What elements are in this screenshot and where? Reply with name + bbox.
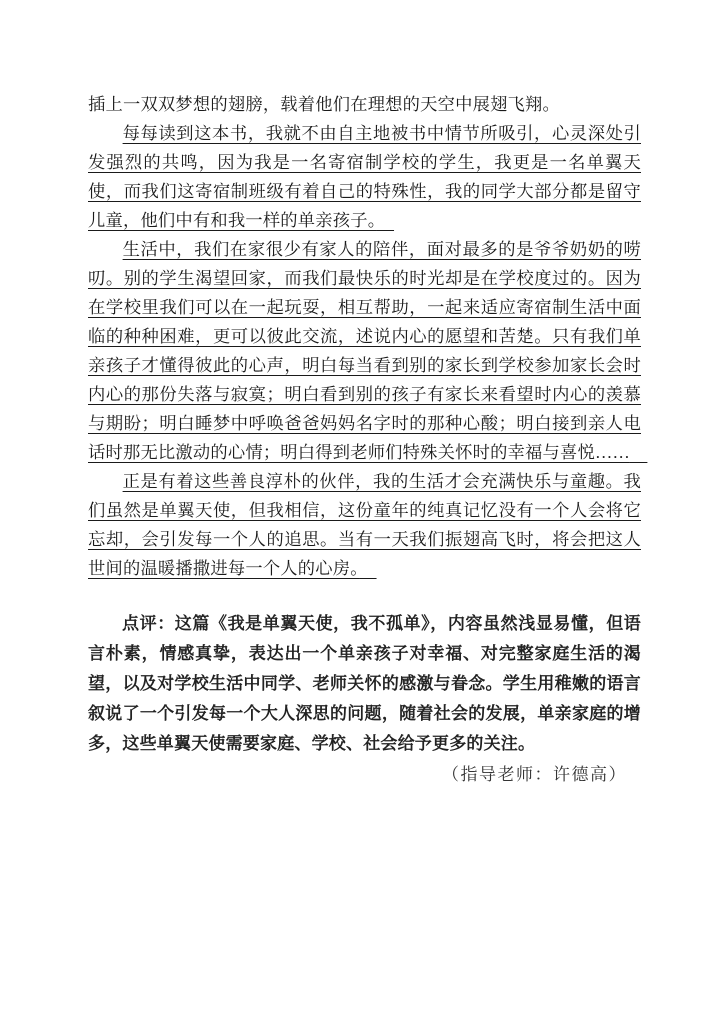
essay-paragraph-2: 每每读到这本书，我就不由自主地被书中情节所吸引，心灵深处引发强烈的共鸣，因为我是… (88, 119, 641, 235)
essay-paragraph-3: 生活中，我们在家很少有家人的陪伴，面对最多的是爷爷奶奶的唠叨。别的学生渴望回家，… (88, 235, 641, 467)
instructor-attribution: （指导老师：许德高） (88, 761, 641, 789)
document-page: 插上一双双梦想的翅膀，载着他们在理想的天空中展翅飞翔。 每每读到这本书，我就不由… (0, 0, 724, 1023)
paragraph-continuation: 插上一双双梦想的翅膀，载着他们在理想的天空中展翅飞翔。 (88, 90, 641, 119)
teacher-comment: 点评：这篇《我是单翼天使，我不孤单》，内容虽然浅显易懂，但语言朴素，情感真挚，表… (88, 609, 641, 759)
essay-content: 插上一双双梦想的翅膀，载着他们在理想的天空中展翅飞翔。 每每读到这本书，我就不由… (88, 90, 641, 789)
essay-paragraph-4: 正是有着这些善良淳朴的伙伴，我的生活才会充满快乐与童趣。我们虽然是单翼天使，但我… (88, 467, 641, 583)
